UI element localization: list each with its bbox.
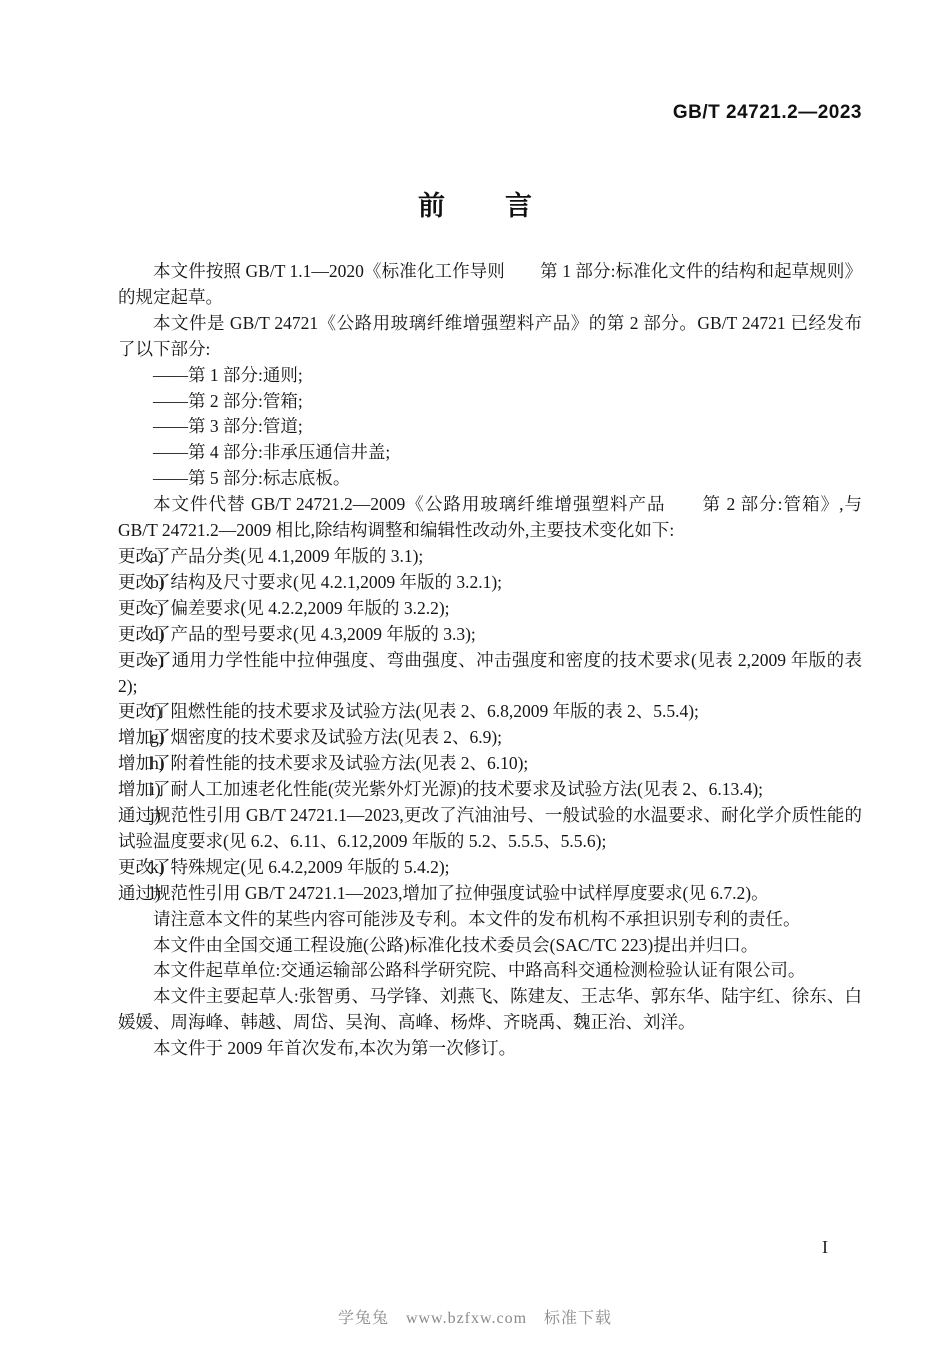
closing-paragraph: 本文件起草单位:交通运输部公路科学研究院、中路高科交通检测检验认证有限公司。	[118, 958, 862, 984]
change-item: j) 通过规范性引用 GB/T 24721.1—2023,更改了汽油油号、一般试…	[118, 803, 862, 855]
part-list-item: ——第 2 部分:管箱;	[118, 389, 862, 415]
change-item: d) 更改了产品的型号要求(见 4.3,2009 年版的 3.3);	[118, 622, 862, 648]
part-list-item: ——第 1 部分:通则;	[118, 363, 862, 389]
change-item: b) 更改了结构及尺寸要求(见 4.2.1,2009 年版的 3.2.1);	[118, 570, 862, 596]
part-list-item: ——第 4 部分:非承压通信井盖;	[118, 440, 862, 466]
change-item: h) 增加了附着性能的技术要求及试验方法(见表 2、6.10);	[118, 751, 862, 777]
change-item-letter: b)	[150, 570, 165, 596]
change-item: k) 更改了特殊规定(见 6.4.2,2009 年版的 5.4.2);	[118, 855, 862, 881]
change-item-letter: a)	[150, 544, 164, 570]
change-item-letter: g)	[150, 725, 165, 751]
standard-doc-number: GB/T 24721.2—2023	[673, 102, 862, 124]
change-item-letter: d)	[150, 622, 165, 648]
closing-paragraph: 本文件由全国交通工程设施(公路)标准化技术委员会(SAC/TC 223)提出并归…	[118, 933, 862, 959]
change-item-letter: h)	[150, 751, 165, 777]
footer-watermark: 学兔兔 www.bzfxw.com 标准下载	[0, 1305, 950, 1328]
closing-paragraph: 本文件于 2009 年首次发布,本次为第一次修订。	[118, 1036, 862, 1062]
part-list-item: ——第 3 部分:管道;	[118, 414, 862, 440]
change-item-text: 增加了烟密度的技术要求及试验方法(见表 2、6.9);	[118, 727, 502, 747]
change-item-text: 更改了阻燃性能的技术要求及试验方法(见表 2、6.8,2009 年版的表 2、5…	[118, 701, 699, 721]
document-page: GB/T 24721.2—2023 前 言 本文件按照 GB/T 1.1—202…	[0, 0, 950, 1345]
change-item: g) 增加了烟密度的技术要求及试验方法(见表 2、6.9);	[118, 725, 862, 751]
change-item: c) 更改了偏差要求(见 4.2.2,2009 年版的 3.2.2);	[118, 596, 862, 622]
change-item-text: 更改了结构及尺寸要求(见 4.2.1,2009 年版的 3.2.1);	[118, 572, 502, 592]
change-item-letter: i)	[150, 777, 161, 803]
replacement-paragraph: 本文件代替 GB/T 24721.2—2009《公路用玻璃纤维增强塑料产品 第 …	[118, 492, 862, 544]
change-item: a) 更改了产品分类(见 4.1,2009 年版的 3.1);	[118, 544, 862, 570]
change-item-text: 更改了特殊规定(见 6.4.2,2009 年版的 5.4.2);	[118, 857, 450, 877]
intro-paragraph: 本文件是 GB/T 24721《公路用玻璃纤维增强塑料产品》的第 2 部分。GB…	[118, 311, 862, 363]
change-item-letter: j)	[150, 803, 161, 829]
change-item-letter: e)	[150, 648, 164, 674]
change-item-text: 更改了产品的型号要求(见 4.3,2009 年版的 3.3);	[118, 624, 476, 644]
change-item-text: 通过规范性引用 GB/T 24721.1—2023,增加了拉伸强度试验中试样厚度…	[118, 883, 769, 903]
change-item: f) 更改了阻燃性能的技术要求及试验方法(见表 2、6.8,2009 年版的表 …	[118, 699, 862, 725]
foreword-title-char-right: 言	[505, 184, 532, 223]
closing-paragraph: 本文件主要起草人:张智勇、马学锋、刘燕飞、陈建友、王志华、郭东华、陆宇红、徐东、…	[118, 984, 862, 1036]
change-item-text: 更改了偏差要求(见 4.2.2,2009 年版的 3.2.2);	[118, 598, 450, 618]
change-item-letter: l)	[150, 881, 161, 907]
foreword-title: 前 言	[0, 184, 950, 223]
intro-paragraph: 本文件按照 GB/T 1.1—2020《标准化工作导则 第 1 部分:标准化文件…	[118, 259, 862, 311]
part-list-item: ——第 5 部分:标志底板。	[118, 466, 862, 492]
foreword-title-char-left: 前	[418, 184, 445, 223]
change-item: l) 通过规范性引用 GB/T 24721.1—2023,增加了拉伸强度试验中试…	[118, 881, 862, 907]
change-item-letter: c)	[150, 596, 164, 622]
change-item-text: 增加了附着性能的技术要求及试验方法(见表 2、6.10);	[118, 753, 528, 773]
change-item-text: 更改了通用力学性能中拉伸强度、弯曲强度、冲击强度和密度的技术要求(见表 2,20…	[118, 650, 862, 696]
change-item-text: 通过规范性引用 GB/T 24721.1—2023,更改了汽油油号、一般试验的水…	[118, 805, 862, 851]
foreword-content: 本文件按照 GB/T 1.1—2020《标准化工作导则 第 1 部分:标准化文件…	[118, 259, 862, 1062]
change-item-letter: k)	[150, 855, 165, 881]
closing-paragraph: 请注意本文件的某些内容可能涉及专利。本文件的发布机构不承担识别专利的责任。	[118, 907, 862, 933]
change-item-letter: f)	[150, 699, 162, 725]
change-item: i) 增加了耐人工加速老化性能(荧光紫外灯光源)的技术要求及试验方法(见表 2、…	[118, 777, 862, 803]
change-item-text: 增加了耐人工加速老化性能(荧光紫外灯光源)的技术要求及试验方法(见表 2、6.1…	[118, 779, 763, 799]
change-item: e) 更改了通用力学性能中拉伸强度、弯曲强度、冲击强度和密度的技术要求(见表 2…	[118, 648, 862, 700]
page-number: I	[822, 1237, 828, 1258]
